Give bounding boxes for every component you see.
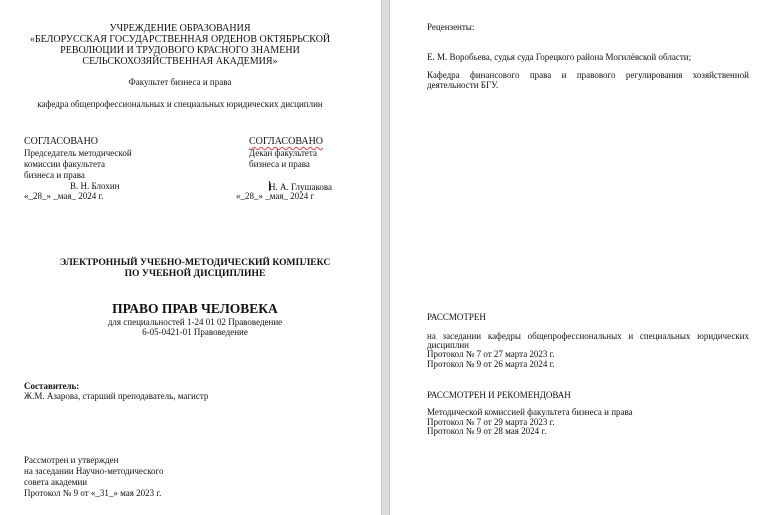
institution-line-4: СЕЛЬСКОХОЗЯЙСТВЕННАЯ АКАДЕМИЯ» bbox=[20, 56, 340, 67]
reviewed-heading: РАССМОТРЕН bbox=[427, 312, 486, 323]
approved-line-1: Рассмотрен и утвержден bbox=[24, 455, 118, 466]
approval-right-date: «_28_» _мая_ 2024 г bbox=[236, 191, 314, 202]
approval-right-line-2: бизнеса и права bbox=[249, 159, 310, 170]
reviewers-label: Рецензенты: bbox=[427, 22, 474, 33]
reviewer-1: Е. М. Воробьева, судья суда Горецкого ра… bbox=[427, 52, 691, 63]
institution-line-2: «БЕЛОРУССКАЯ ГОСУДАРСТВЕННАЯ ОРДЕНОВ ОКТ… bbox=[20, 34, 340, 45]
reviewed-protocol-1: Протокол № 7 от 27 марта 2023 г. bbox=[427, 350, 555, 359]
document-page-right[interactable]: Рецензенты: Е. М. Воробьева, судья суда … bbox=[390, 0, 771, 515]
author-label: Составитель: bbox=[24, 381, 79, 392]
discipline-specialty-2: 6-05-0421-01 Правоведение bbox=[20, 327, 370, 338]
faculty-name: Факультет бизнеса и права bbox=[20, 77, 340, 88]
page-gutter bbox=[381, 0, 390, 515]
complex-title-line-2: ПО УЧЕБНОЙ ДИСЦИПЛИНЕ bbox=[20, 268, 370, 279]
complex-title-line-1: ЭЛЕКТРОННЫЙ УЧЕБНО-МЕТОДИЧЕСКИЙ КОМПЛЕКС bbox=[20, 257, 370, 268]
approval-left-signer: В. Н. Блохин bbox=[70, 181, 119, 192]
recommended-protocol-2: Протокол № 9 от 28 мая 2024 г. bbox=[427, 427, 546, 436]
approval-left-date: «_28_» _мая_ 2024 г. bbox=[24, 191, 103, 202]
approved-line-2: на заседании Научно-методического bbox=[24, 466, 164, 477]
institution-line-3: РЕВОЛЮЦИИ И ТРУДОВОГО КРАСНОГО ЗНАМЕНИ bbox=[20, 45, 340, 56]
complex-title: ЭЛЕКТРОННЫЙ УЧЕБНО-МЕТОДИЧЕСКИЙ КОМПЛЕКС… bbox=[20, 257, 370, 279]
approval-left-line-3: бизнеса и права bbox=[24, 170, 85, 181]
author-value: Ж.М. Азарова, старший преподаватель, маг… bbox=[24, 391, 208, 402]
recommended-body: Методической комиссией факультета бизнес… bbox=[427, 408, 633, 417]
recommended-heading: РАССМОТРЕН И РЕКОМЕНДОВАН bbox=[427, 390, 571, 401]
institution-line-1: УЧРЕЖДЕНИЕ ОБРАЗОВАНИЯ bbox=[20, 23, 340, 34]
approved-line-4: Протокол № 9 от «_31_» мая 2023 г. bbox=[24, 488, 161, 499]
department-name: кафедра общепрофессиональных и специальн… bbox=[20, 99, 340, 110]
approval-left-line-1: Председатель методической bbox=[24, 148, 132, 159]
approval-right-heading: СОГЛАСОВАНО bbox=[249, 137, 323, 148]
document-page-left[interactable]: УЧРЕЖДЕНИЕ ОБРАЗОВАНИЯ «БЕЛОРУССКАЯ ГОСУ… bbox=[0, 0, 381, 515]
reviewer-2: Кафедра финансового права и правового ре… bbox=[427, 70, 749, 90]
approval-left-line-2: комиссии факультета bbox=[24, 159, 105, 170]
approval-right-line-1: Декан факультета bbox=[249, 148, 317, 159]
reviewed-body: на заседании кафедры общепрофессиональны… bbox=[427, 332, 749, 350]
approved-line-3: совета академии bbox=[24, 477, 87, 488]
discipline-specialty-1: для специальностей 1-24 01 02 Правоведен… bbox=[20, 317, 370, 328]
discipline-title: ПРАВО ПРАВ ЧЕЛОВЕКА bbox=[20, 302, 370, 316]
approval-left-heading: СОГЛАСОВАНО bbox=[24, 137, 98, 148]
reviewed-protocol-2: Протокол № 9 от 26 марта 2024 г. bbox=[427, 360, 555, 369]
institution-header: УЧРЕЖДЕНИЕ ОБРАЗОВАНИЯ «БЕЛОРУССКАЯ ГОСУ… bbox=[20, 23, 340, 67]
